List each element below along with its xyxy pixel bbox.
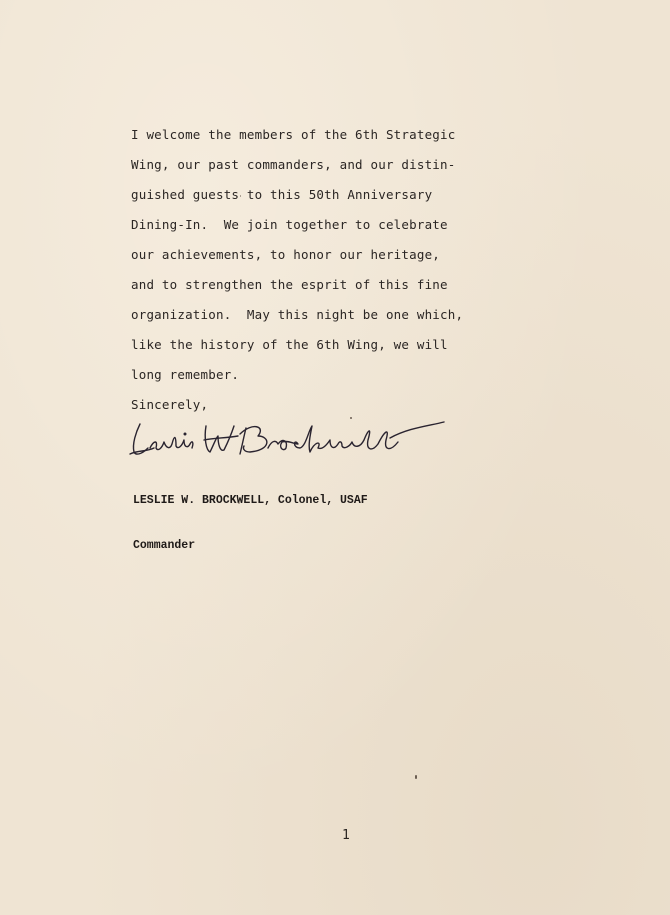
letter-body: I welcome the members of the 6th Strateg… (131, 120, 491, 420)
letter-line: I welcome the members of the 6th Strateg… (131, 120, 491, 150)
letter-line: Dining-In. We join together to celebrate (131, 210, 491, 240)
page-number: 1 (342, 828, 350, 843)
letter-line: organization. May this night be one whic… (131, 300, 491, 330)
signer-name: LESLIE W. BROCKWELL, Colonel, USAF (133, 493, 368, 508)
letter-line: guished guests to this 50th Anniversary (131, 180, 491, 210)
paper-speck (415, 775, 417, 779)
letter-line: like the history of the 6th Wing, we wil… (131, 330, 491, 360)
signature-icon (128, 418, 448, 462)
signer-title: Commander (133, 538, 368, 553)
paper-speck (350, 417, 352, 419)
closing-salutation: Sincerely, (131, 390, 491, 420)
paper-speck (240, 195, 241, 197)
signature-block: LESLIE W. BROCKWELL, Colonel, USAF Comma… (133, 463, 368, 568)
letter-line: and to strengthen the esprit of this fin… (131, 270, 491, 300)
letter-line: long remember. (131, 360, 491, 390)
letter-line: our achievements, to honor our heritage, (131, 240, 491, 270)
letter-line: Wing, our past commanders, and our disti… (131, 150, 491, 180)
paper-speck (238, 502, 240, 504)
handwritten-signature (128, 418, 448, 462)
